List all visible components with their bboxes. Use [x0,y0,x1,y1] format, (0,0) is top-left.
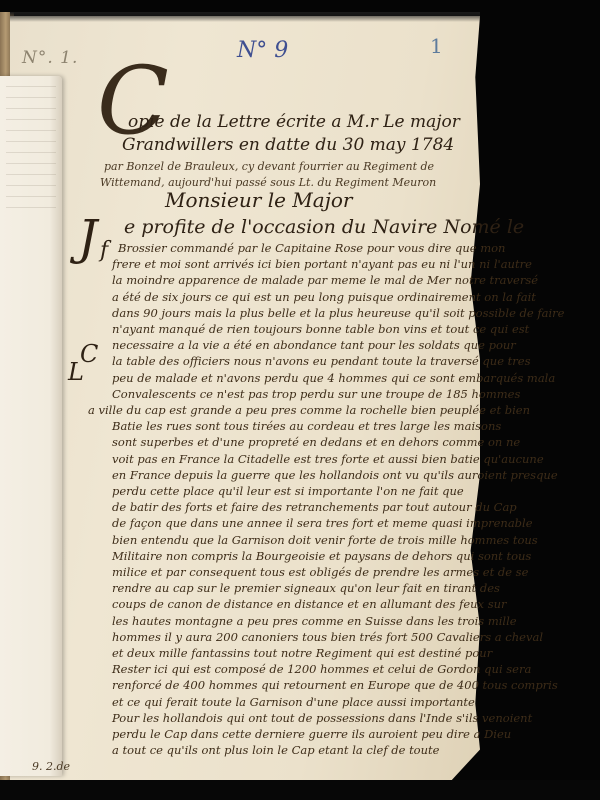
title-line-2: Grandwillers en datte du 30 may 1784 [122,135,454,155]
letter-body-line: Rester ici qui est composé de 1200 homme… [112,662,531,676]
letter-body-line: peu de malade et n'avons perdu que 4 hom… [112,371,555,385]
bleed-through-line [6,174,56,175]
letter-body-line: sont superbes et d'une propreté en dedan… [112,435,520,449]
bleed-through-line [6,130,56,131]
bleed-through-line [6,141,56,142]
bleed-through-line [6,163,56,164]
bleed-through-line [6,108,56,109]
bleed-through-line [6,185,56,186]
opening-initial-j: J [78,210,97,266]
letter-body-line: perdu le Cap dans cette derniere guerre … [112,727,511,741]
folio-number-blue: N° 9 [237,38,288,63]
bleed-through-line [6,196,56,197]
letter-body-line: en France depuis la guerre que les holla… [112,468,558,482]
bleed-through-line [6,86,56,87]
letter-body-line: dans 90 jours mais la plus belle et la p… [112,306,564,320]
margin-initial-l: L [68,358,84,386]
bleed-through-line [6,97,56,98]
letter-body-line: Pour les hollandois qui ont tout de poss… [112,711,532,725]
letter-body-line: a été de six jours ce qui est un peu lon… [112,290,536,304]
letter-body-line: frere et moi sont arrivés ici bien porta… [112,257,532,271]
letter-body-line: la table des officiers nous n'avons eu p… [112,354,530,368]
letter-body-line: de façon que dans une annee il sera tres… [112,516,533,530]
bleed-through-line [6,152,56,153]
letter-body-line: Batie les rues sont tous tirées au corde… [112,419,501,433]
letter-body-line: voit pas en France la Citadelle est tres… [112,452,544,466]
margin-footnote: 9. 2.de [32,760,70,773]
letter-body-line: a ville du cap est grande a peu pres com… [88,403,530,417]
margin-initial-f: f [100,238,108,263]
opening-line: e profite de l'occasion du Navire Nomé l… [124,216,524,238]
letter-body-line: et ce qui ferait toute la Garnison d'une… [112,695,475,709]
attribution-line-1: par Bonzel de Brauleux, cy devant fourri… [104,160,434,173]
bleed-through-line [6,207,56,208]
facing-page-edge [0,76,62,776]
letter-body-line: n'ayant manqué de rien toujours bonne ta… [112,322,529,336]
letter-body-line: et deux mille fantassins tout notre Regi… [112,646,492,660]
letter-body-line: milice et par consequent tous est obligé… [112,565,528,579]
folio-number-top-right: 1 [430,34,443,58]
title-line-1: opie de la Lettre écrite a M.r Le major [128,112,460,132]
folio-number-left: N°. 1. [22,48,78,68]
letter-body-line: bien entendu que la Garnison doit venir … [112,533,538,547]
letter-body-line: hommes il y aura 200 canoniers tous bien… [112,630,543,644]
letter-body-line: necessaire a la vie a été en abondance t… [112,338,516,352]
letter-body-line: Militaire non compris la Bourgeoisie et … [112,549,531,563]
letter-body-line: perdu cette place qu'il leur est si impo… [112,484,464,498]
letter-body-line: coups de canon de distance en distance e… [112,597,507,611]
letter-body-line: Brossier commandé par le Capitaine Rose … [118,241,505,255]
letter-body-line: a tout ce qu'ils ont plus loin le Cap et… [112,743,439,757]
page-top-shadow [10,12,480,22]
letter-body-line: renforcé de 400 hommes qui retournent en… [112,678,558,692]
letter-body-line: la moindre apparence de malade par meme … [112,273,538,287]
letter-body-line: de batir des forts et faire des retranch… [112,500,517,514]
letter-body-line: Convalescents ce n'est pas trop perdu su… [112,387,520,401]
bleed-through-line [6,119,56,120]
salutation: Monsieur le Major [165,188,353,212]
scan-background-bottom [0,780,600,800]
letter-body-line: les hautes montagne a peu pres comme en … [112,614,517,628]
letter-body-line: rendre au cap sur le premier signeaux qu… [112,581,500,595]
